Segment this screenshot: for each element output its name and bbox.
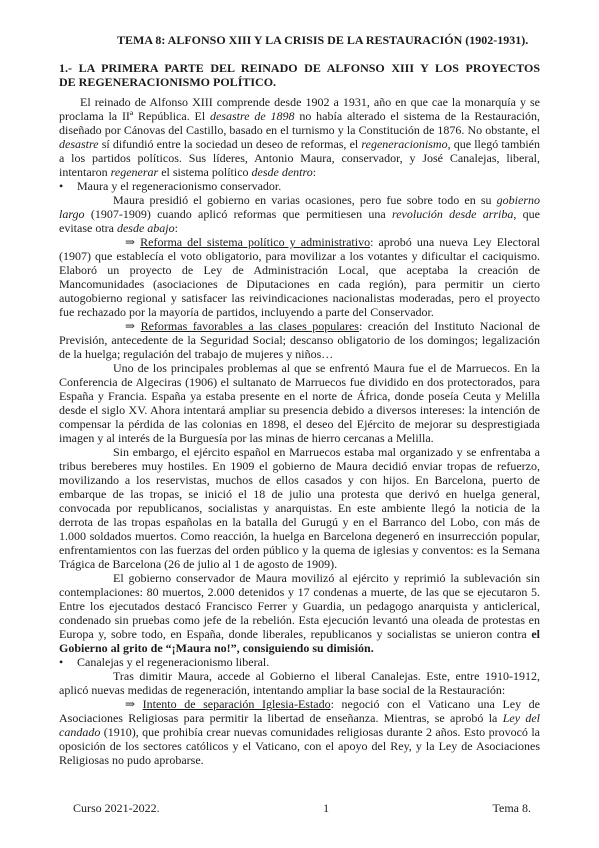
body-paragraph: Tras dimitir Maura, accede al Gobierno e… — [59, 669, 540, 697]
text-run: : — [175, 221, 178, 235]
section-heading-line-1: 1.- LA PRIMERA PARTE DEL REINADO DE ALFO… — [59, 61, 540, 75]
text-run: el sistema político — [158, 165, 251, 179]
text-run: sí difundió entre la sociedad un deseo d… — [99, 137, 362, 151]
text-run: revolución desde arriba — [392, 207, 513, 221]
text-run: (1910), que prohibía crear nuevas comuni… — [59, 725, 540, 767]
body-paragraph: Uno de los principales problemas al que … — [59, 361, 540, 445]
document-page: TEMA 8: ALFONSO XIII Y LA CRISIS DE LA R… — [0, 0, 599, 848]
arrow-paragraph: ⇒ Reforma del sistema político y adminis… — [59, 235, 540, 319]
body-paragraph: Maura presidió el gobierno en varias oca… — [59, 193, 540, 235]
section-heading-line-2: DE REGENERACIONISMO POLÍTICO. — [59, 75, 540, 89]
body-paragraph: El gobierno conservador de Maura moviliz… — [59, 571, 540, 655]
text-run: Intento de separación Iglesia-Estado — [143, 697, 331, 711]
text-run: Tras dimitir Maura, accede al Gobierno e… — [59, 669, 540, 697]
text-run: Maura y el regeneracionismo conservador. — [77, 179, 281, 193]
text-run: : — [313, 165, 316, 179]
page-footer: Curso 2021-2022. 1 Tema 8. — [0, 801, 599, 815]
arrow-paragraph: ⇒ Reformas favorables a las clases popul… — [59, 319, 540, 361]
bullet-item: •Maura y el regeneracionismo conservador… — [59, 179, 540, 193]
text-run: Uno de los principales problemas al que … — [59, 361, 540, 445]
section-heading: 1.- LA PRIMERA PARTE DEL REINADO DE ALFO… — [59, 61, 540, 89]
text-run: regenerar — [111, 165, 159, 179]
footer-course-label: Curso 2021-2022. — [73, 801, 160, 815]
document-title: TEMA 8: ALFONSO XIII Y LA CRISIS DE LA R… — [59, 33, 540, 47]
body-paragraph: Sin embargo, el ejército español en Marr… — [59, 445, 540, 571]
text-run: El gobierno conservador de Maura moviliz… — [59, 571, 540, 641]
text-run: Canalejas y el regeneracionismo liberal. — [77, 655, 269, 669]
page-number: 1 — [160, 801, 493, 815]
double-arrow-icon: ⇒ — [125, 319, 141, 333]
text-run: Reformas favorables a las clases popular… — [141, 319, 359, 333]
bullet-item: •Canalejas y el regeneracionismo liberal… — [59, 655, 540, 669]
document-body: El reinado de Alfonso XIII comprende des… — [59, 95, 540, 767]
double-arrow-icon: ⇒ — [125, 697, 143, 711]
text-run: Maura presidió el gobierno en varias oca… — [113, 193, 497, 207]
text-run: (1907-1909) cuando aplicó reformas que p… — [85, 207, 392, 221]
arrow-paragraph: ⇒ Intento de separación Iglesia-Estado: … — [59, 697, 540, 767]
text-run: desastre de 1898 — [210, 109, 295, 123]
text-run: desastre — [59, 137, 99, 151]
text-run: desde dentro — [252, 165, 313, 179]
bullet-icon: • — [59, 179, 77, 193]
text-run: desde abajo — [117, 221, 175, 235]
text-run: Sin embargo, el ejército español en Marr… — [59, 445, 540, 571]
footer-tema-label: Tema 8. — [493, 801, 531, 815]
text-run: Reforma del sistema político y administr… — [140, 235, 370, 249]
bullet-icon: • — [59, 655, 77, 669]
body-paragraph: El reinado de Alfonso XIII comprende des… — [59, 95, 540, 179]
text-run: regeneracionismo — [361, 137, 447, 151]
double-arrow-icon: ⇒ — [125, 235, 140, 249]
